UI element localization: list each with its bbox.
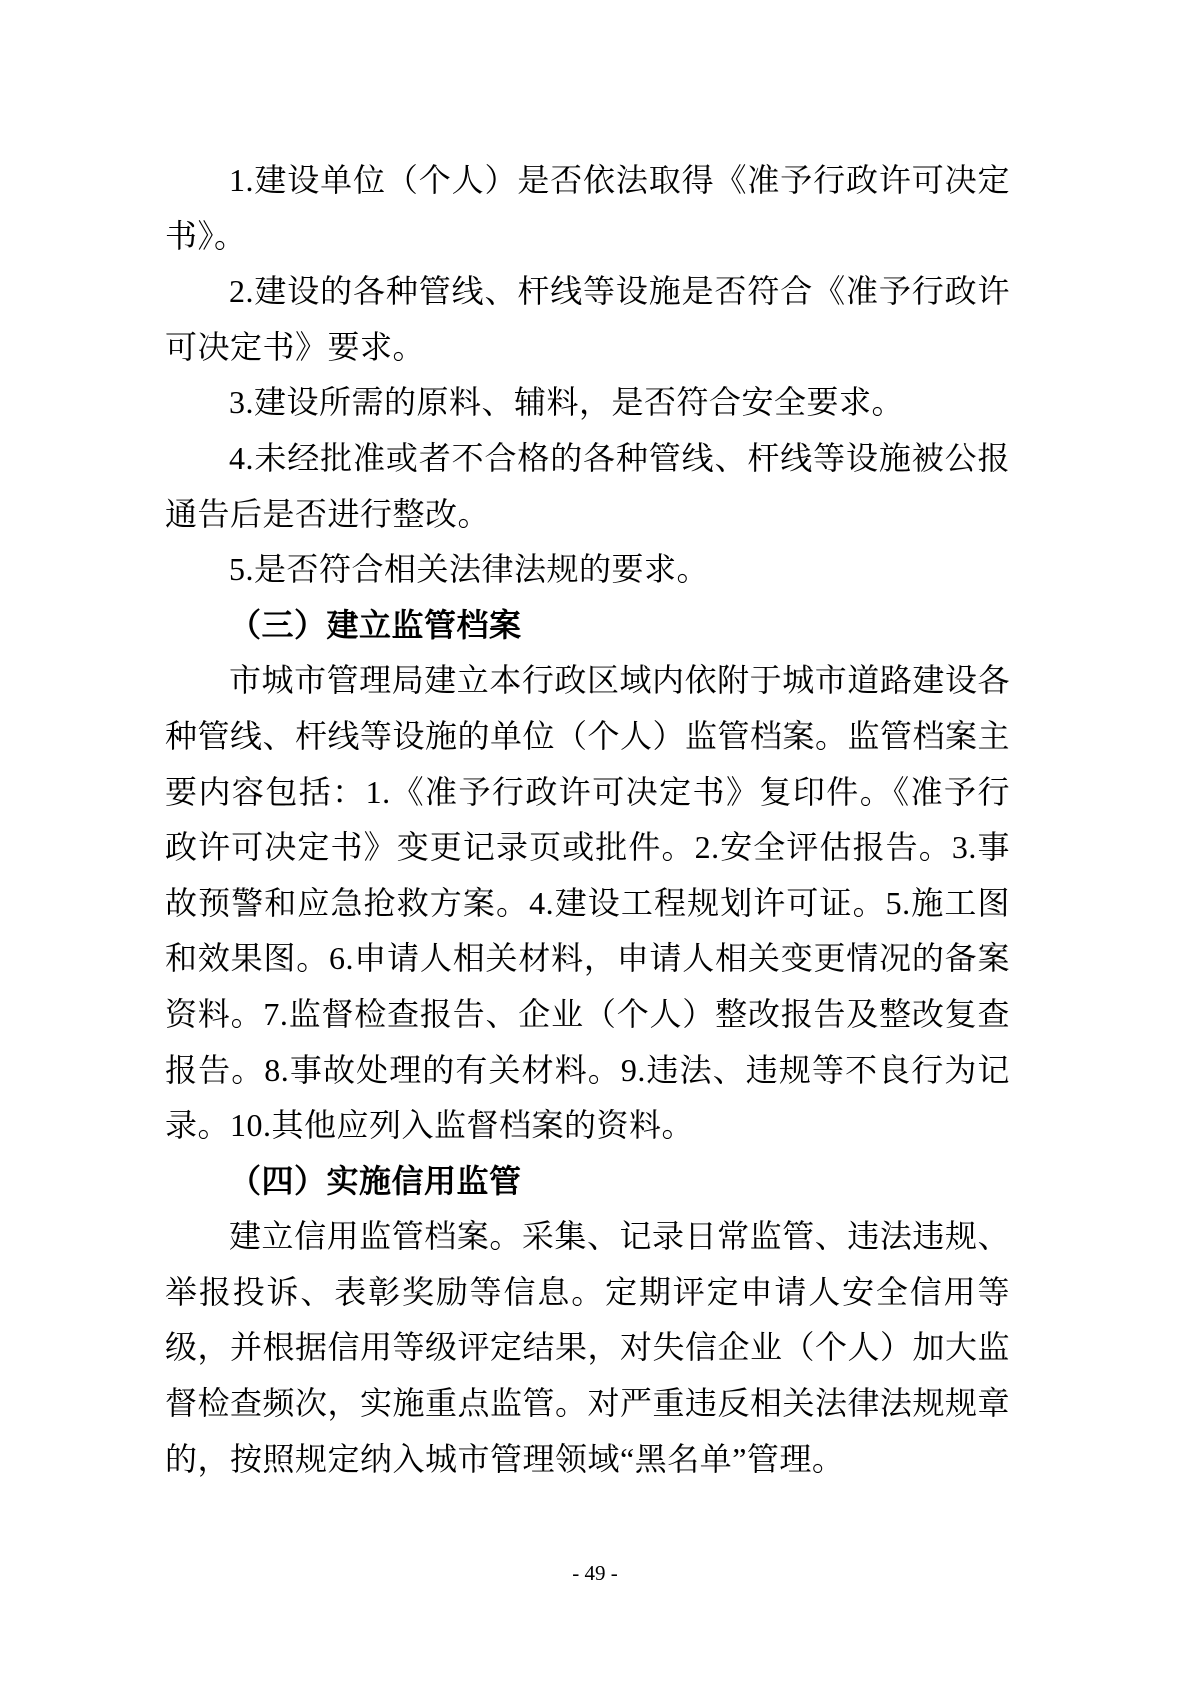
document-page: 1.建设单位（个人）是否依法取得《准予行政许可决定书》。 2.建设的各种管线、杆… bbox=[0, 0, 1190, 1683]
document-body: 1.建设单位（个人）是否依法取得《准予行政许可决定书》。 2.建设的各种管线、杆… bbox=[165, 153, 1010, 1487]
numbered-item-2: 2.建设的各种管线、杆线等设施是否符合《准予行政许可决定书》要求。 bbox=[165, 264, 1010, 375]
numbered-item-3: 3.建设所需的原料、辅料，是否符合安全要求。 bbox=[165, 375, 1010, 431]
page-footer: - 49 - bbox=[0, 1558, 1190, 1588]
section-heading-establish-supervision-archive: （三）建立监管档案 bbox=[165, 598, 1010, 654]
page-number: - 49 - bbox=[572, 1561, 618, 1585]
numbered-item-1: 1.建设单位（个人）是否依法取得《准予行政许可决定书》。 bbox=[165, 153, 1010, 264]
numbered-item-5: 5.是否符合相关法律法规的要求。 bbox=[165, 542, 1010, 598]
paragraph-credit-supervision: 建立信用监管档案。采集、记录日常监管、违法违规、举报投诉、表彰奖励等信息。定期评… bbox=[165, 1209, 1010, 1487]
section-heading-implement-credit-supervision: （四）实施信用监管 bbox=[165, 1154, 1010, 1210]
paragraph-supervision-archive-contents: 市城市管理局建立本行政区域内依附于城市道路建设各种管线、杆线等设施的单位（个人）… bbox=[165, 653, 1010, 1153]
numbered-item-4: 4.未经批准或者不合格的各种管线、杆线等设施被公报通告后是否进行整改。 bbox=[165, 431, 1010, 542]
